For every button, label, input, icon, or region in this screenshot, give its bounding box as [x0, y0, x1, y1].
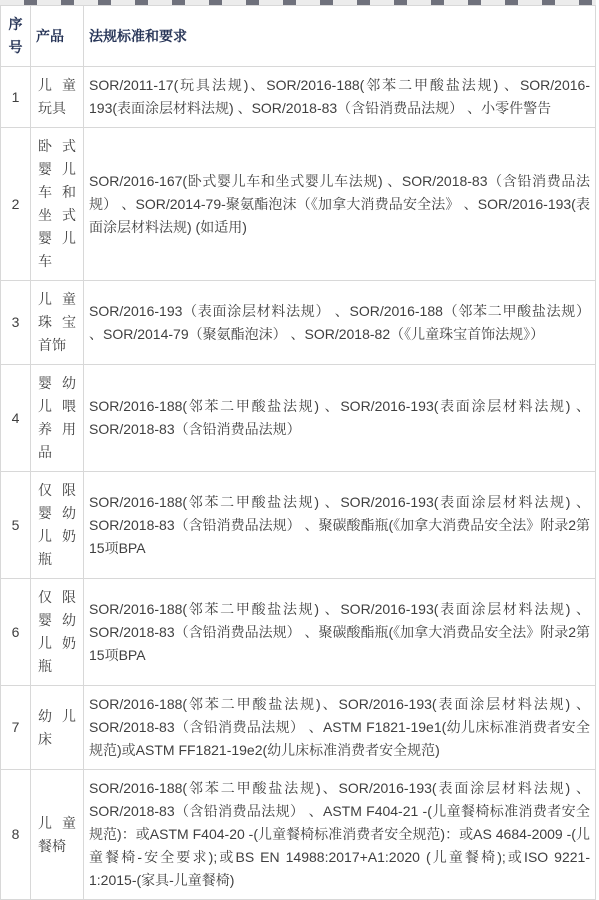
table-row: 1 儿童玩具 SOR/2011-17(玩具法规)、SOR/2016-188(邻苯… — [1, 67, 596, 128]
serial-number-cell: 1 — [1, 67, 31, 128]
serial-number-cell: 2 — [1, 128, 31, 281]
product-cell: 仅限婴幼儿奶瓶 — [31, 579, 84, 686]
table-row: 2 卧式婴儿车和坐式婴儿车 SOR/2016-167(卧式婴儿车和坐式婴儿车法规… — [1, 128, 596, 281]
serial-number-cell: 8 — [1, 770, 31, 900]
header-product: 产品 — [31, 6, 84, 67]
regulations-table: 序号 产品 法规标准和要求 1 儿童玩具 SOR/2011-17(玩具法规)、S… — [0, 5, 596, 900]
regulations-cell: SOR/2016-188(邻苯二甲酸盐法规) 、SOR/2016-193(表面涂… — [84, 579, 596, 686]
regulations-cell: SOR/2016-167(卧式婴儿车和坐式婴儿车法规) 、SOR/2018-83… — [84, 128, 596, 281]
regulations-cell: SOR/2011-17(玩具法规)、SOR/2016-188(邻苯二甲酸盐法规)… — [84, 67, 596, 128]
table-row: 3 儿童珠宝首饰 SOR/2016-193（表面涂层材料法规） 、SOR/201… — [1, 281, 596, 365]
serial-number-cell: 6 — [1, 579, 31, 686]
product-cell: 儿童餐椅 — [31, 770, 84, 900]
regulations-cell: SOR/2016-188(邻苯二甲酸盐法规)、SOR/2016-193(表面涂层… — [84, 686, 596, 770]
regulations-cell: SOR/2016-188(邻苯二甲酸盐法规) 、SOR/2016-193(表面涂… — [84, 472, 596, 579]
header-serial-number: 序号 — [1, 6, 31, 67]
table-row: 8 儿童餐椅 SOR/2016-188(邻苯二甲酸盐法规)、SOR/2016-1… — [1, 770, 596, 900]
product-cell: 仅限婴幼儿奶瓶 — [31, 472, 84, 579]
table-row: 5 仅限婴幼儿奶瓶 SOR/2016-188(邻苯二甲酸盐法规) 、SOR/20… — [1, 472, 596, 579]
table-header: 序号 产品 法规标准和要求 — [1, 6, 596, 67]
serial-number-cell: 7 — [1, 686, 31, 770]
regulations-cell: SOR/2016-188(邻苯二甲酸盐法规)、SOR/2016-193(表面涂层… — [84, 770, 596, 900]
product-cell: 卧式婴儿车和坐式婴儿车 — [31, 128, 84, 281]
regulations-cell: SOR/2016-188(邻苯二甲酸盐法规) 、SOR/2016-193(表面涂… — [84, 365, 596, 472]
table-row: 7 幼儿床 SOR/2016-188(邻苯二甲酸盐法规)、SOR/2016-19… — [1, 686, 596, 770]
serial-number-cell: 3 — [1, 281, 31, 365]
header-row: 序号 产品 法规标准和要求 — [1, 6, 596, 67]
table-body: 1 儿童玩具 SOR/2011-17(玩具法规)、SOR/2016-188(邻苯… — [1, 67, 596, 900]
header-regulations: 法规标准和要求 — [84, 6, 596, 67]
product-cell: 幼儿床 — [31, 686, 84, 770]
table-row: 4 婴幼儿喂养用品 SOR/2016-188(邻苯二甲酸盐法规) 、SOR/20… — [1, 365, 596, 472]
product-cell: 儿童玩具 — [31, 67, 84, 128]
regulations-cell: SOR/2016-193（表面涂层材料法规） 、SOR/2016-188（邻苯二… — [84, 281, 596, 365]
product-cell: 儿童珠宝首饰 — [31, 281, 84, 365]
serial-number-cell: 4 — [1, 365, 31, 472]
serial-number-cell: 5 — [1, 472, 31, 579]
product-cell: 婴幼儿喂养用品 — [31, 365, 84, 472]
table-row: 6 仅限婴幼儿奶瓶 SOR/2016-188(邻苯二甲酸盐法规) 、SOR/20… — [1, 579, 596, 686]
